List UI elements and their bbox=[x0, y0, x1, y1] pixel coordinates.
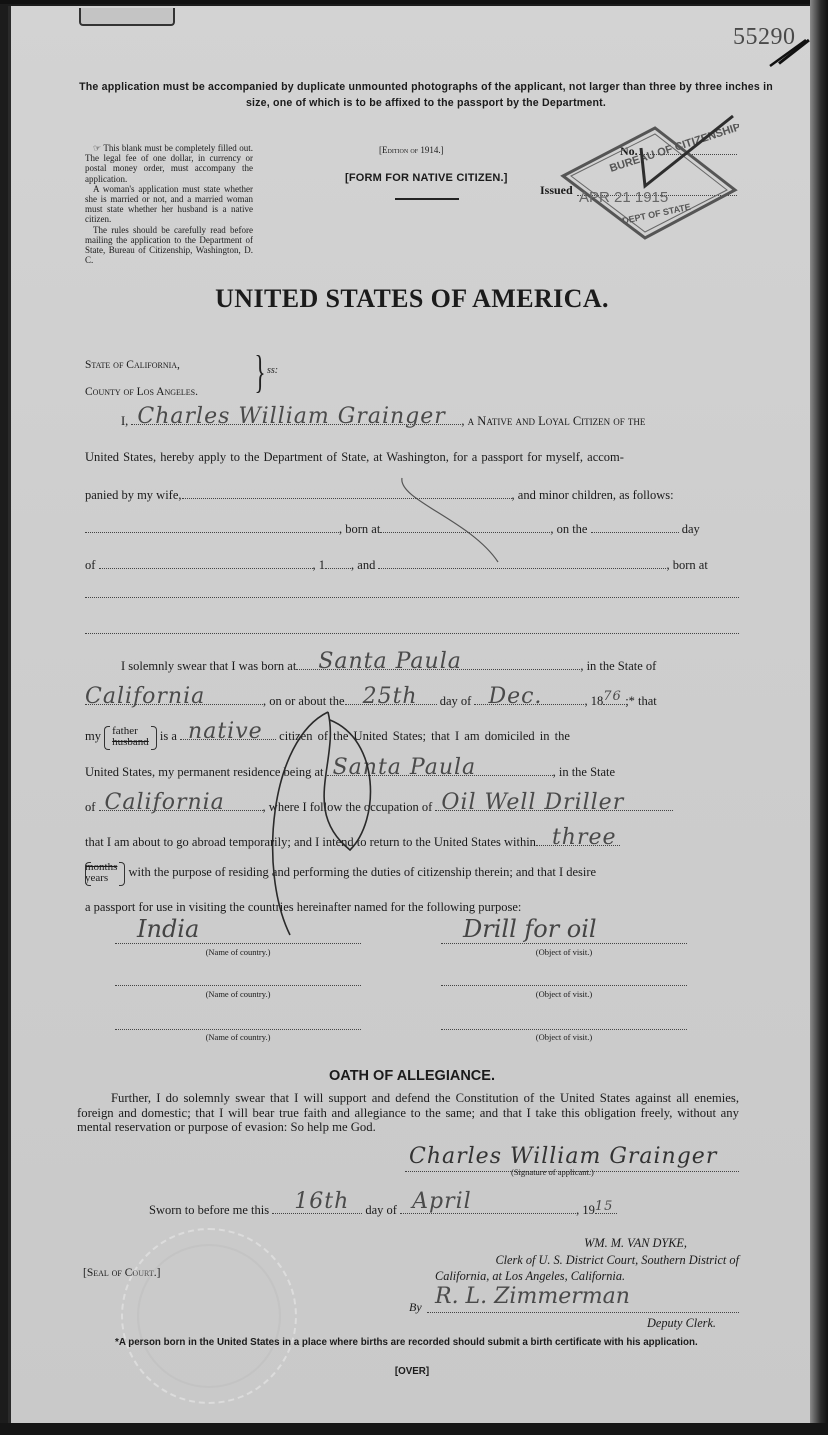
court-seal-emboss-icon bbox=[121, 1228, 297, 1404]
birth-year-value: 76 bbox=[603, 689, 622, 705]
case-number: 55290 bbox=[733, 24, 796, 51]
birthdate-line: California, on or about the25th day of D… bbox=[85, 691, 739, 709]
father-status-field[interactable]: native bbox=[180, 726, 276, 740]
object-field-3[interactable] bbox=[441, 1008, 687, 1030]
sworn-day-value: 16th bbox=[294, 1189, 349, 1214]
day-label: day bbox=[682, 522, 700, 536]
born-at-label-2: , born at bbox=[666, 558, 707, 572]
residence-state-value: California bbox=[105, 795, 225, 811]
residence-label: United States, my permanent residence be… bbox=[85, 765, 323, 779]
children-extra-line-1[interactable] bbox=[85, 588, 739, 598]
clerk-block: WM. M. VAN DYKE, Clerk of U. S. District… bbox=[393, 1235, 739, 1285]
object-caption-2: (Object of visit.) bbox=[441, 989, 687, 999]
form-type-label: [FORM FOR NATIVE CITIZEN.] bbox=[345, 172, 508, 184]
country-caption-1: (Name of country.) bbox=[115, 947, 361, 957]
purpose-label: with the purpose of residing and perform… bbox=[129, 865, 597, 879]
father-status-value: native bbox=[188, 724, 263, 740]
birth-certificate-footnote: *A person born in the United States in a… bbox=[81, 1336, 739, 1350]
residence-line: United States, my permanent residence be… bbox=[85, 762, 739, 780]
birth-state-field[interactable]: California bbox=[85, 691, 263, 705]
object-value-1: Drill for oil bbox=[463, 915, 597, 943]
purpose-line: monthsyears with the purpose of residing… bbox=[85, 862, 739, 884]
born-at-label: I solemnly swear that I was born at bbox=[121, 659, 296, 673]
residence-state-field[interactable]: California bbox=[99, 797, 263, 811]
clerk-location: California, at Los Angeles, California. bbox=[393, 1268, 739, 1285]
day-of-label: day of bbox=[440, 694, 472, 708]
instruction-woman: A woman's application must state whether… bbox=[85, 184, 253, 225]
object-caption-3: (Object of visit.) bbox=[441, 1032, 687, 1042]
sworn-day-field[interactable]: 16th bbox=[272, 1200, 362, 1214]
sworn-label: Sworn to before me this bbox=[149, 1203, 269, 1217]
birth-month-field[interactable]: Dec. bbox=[474, 691, 584, 705]
that-label: ;* that bbox=[625, 694, 657, 708]
husband-option[interactable]: husband bbox=[112, 737, 149, 748]
occupation-line: of California, where I follow the occupa… bbox=[85, 797, 739, 815]
residence-city-field[interactable]: Santa Paula bbox=[327, 762, 553, 776]
scan-top-edge bbox=[0, 0, 828, 4]
year-prefix-label: , 1 bbox=[313, 558, 326, 572]
child-birth-year-field[interactable] bbox=[325, 555, 351, 569]
sworn-month-value: April bbox=[412, 1189, 472, 1214]
venue-county: County of Los Angeles. bbox=[85, 379, 198, 406]
child-birth-day-field[interactable] bbox=[591, 519, 679, 533]
clerk-title: Clerk of U. S. District Court, Southern … bbox=[393, 1252, 739, 1269]
sworn-year-field[interactable]: 15 bbox=[595, 1200, 617, 1214]
oath-text: Further, I do solemnly swear that I will… bbox=[77, 1091, 739, 1135]
months-years-choice[interactable]: monthsyears bbox=[85, 862, 125, 884]
country-caption-3: (Name of country.) bbox=[115, 1032, 361, 1042]
born-at-label: , born at bbox=[339, 522, 380, 536]
venue-state: State of California, bbox=[85, 352, 198, 379]
sworn-line: Sworn to before me this 16th day of Apri… bbox=[149, 1200, 617, 1218]
deputy-signature: R. L. Zimmerman bbox=[435, 1284, 630, 1309]
venue-ss: ss: bbox=[267, 365, 278, 376]
child-name-field-2[interactable] bbox=[378, 555, 666, 569]
oath-body: Further, I do solemnly swear that I will… bbox=[77, 1091, 739, 1134]
wife-name-field[interactable] bbox=[182, 485, 512, 499]
by-label: By bbox=[409, 1300, 422, 1315]
return-line: that I am about to go abroad temporarily… bbox=[85, 832, 739, 850]
venue-block: State of California, County of Los Angel… bbox=[85, 352, 198, 406]
country-field-3[interactable] bbox=[115, 1008, 361, 1030]
paper-tab bbox=[79, 8, 175, 26]
applicant-signature: Charles William Grainger bbox=[409, 1144, 717, 1169]
is-a-label: is a bbox=[160, 729, 177, 743]
on-the-label: , on the bbox=[550, 522, 587, 536]
child-line-1: , born at, on the day bbox=[85, 519, 739, 537]
passport-application-page: 55290 The application must be accompanie… bbox=[8, 6, 810, 1424]
page-title: UNITED STATES OF AMERICA. bbox=[11, 284, 813, 314]
child-birth-month-field[interactable] bbox=[99, 555, 313, 569]
in-state-label: , in the State bbox=[553, 765, 616, 779]
my-label: my bbox=[85, 729, 101, 743]
wife-line: panied by my wife,, and minor children, … bbox=[85, 485, 739, 503]
birth-state-value: California bbox=[85, 689, 205, 705]
occupation-label: , where I follow the occupation of bbox=[263, 800, 433, 814]
year-prefix-label: , 19 bbox=[576, 1203, 595, 1217]
return-within-value: three bbox=[552, 830, 617, 846]
signature-caption: (Signature of applicant.) bbox=[511, 1167, 594, 1177]
photo-notice: The application must be accompanied by d… bbox=[71, 79, 781, 111]
child-birthplace-field[interactable] bbox=[380, 519, 550, 533]
of-label: of bbox=[85, 558, 95, 572]
country-field-2[interactable] bbox=[115, 964, 361, 986]
country-value-1: India bbox=[137, 915, 199, 943]
brace: } bbox=[255, 349, 266, 395]
footnote-text: *A person born in the United States in a… bbox=[115, 1337, 698, 1348]
birth-day-value: 25th bbox=[363, 689, 418, 705]
applicant-line: I, Charles William Grainger, a Native an… bbox=[85, 411, 739, 429]
occupation-value: Oil Well Driller bbox=[441, 795, 624, 811]
native-citizen-label: , a Native and Loyal Citizen of the bbox=[461, 414, 645, 428]
instruction-rules: The rules should be carefully read befor… bbox=[85, 225, 253, 266]
object-field-1[interactable]: Drill for oil bbox=[441, 922, 687, 944]
i-label: I, bbox=[121, 414, 128, 428]
father-line: my fatherhusband is a native citizen of … bbox=[85, 726, 739, 748]
scan-bottom-edge bbox=[0, 1423, 828, 1435]
father-husband-choice[interactable]: fatherhusband bbox=[104, 726, 157, 748]
birthplace-field[interactable]: Santa Paula bbox=[296, 656, 580, 670]
country-caption-2: (Name of country.) bbox=[115, 989, 361, 999]
applicant-name-handwriting: Charles William Grainger bbox=[137, 409, 445, 425]
object-caption-1: (Object of visit.) bbox=[441, 947, 687, 957]
return-within-field[interactable]: three bbox=[536, 832, 620, 846]
instructions-block: ☞ This blank must be completely filled o… bbox=[85, 143, 253, 265]
birth-year-field[interactable]: 76 bbox=[603, 691, 625, 705]
and-label: , and bbox=[351, 558, 375, 572]
birthplace-value: Santa Paula bbox=[318, 654, 462, 670]
child-line-2: of , 1, and , born at bbox=[85, 555, 739, 573]
country-field-1[interactable]: India bbox=[115, 922, 361, 944]
day-of-label: day of bbox=[365, 1203, 397, 1217]
object-field-2[interactable] bbox=[441, 964, 687, 986]
divider bbox=[395, 198, 459, 200]
instruction-fee: ☞ This blank must be completely filled o… bbox=[85, 143, 253, 184]
sworn-month-field[interactable]: April bbox=[400, 1200, 576, 1214]
scan-right-edge bbox=[810, 0, 828, 1435]
on-or-about-label: , on or about the bbox=[263, 694, 345, 708]
oath-title: OATH OF ALLEGIANCE. bbox=[11, 1068, 813, 1084]
birthplace-line: I solemnly swear that I was born atSanta… bbox=[85, 656, 739, 674]
passport-use-line: a passport for use in visiting the count… bbox=[85, 899, 739, 915]
apply-line: United States, hereby apply to the Depar… bbox=[85, 449, 739, 465]
children-extra-line-2[interactable] bbox=[85, 624, 739, 634]
children-label: , and minor children, as follows: bbox=[512, 488, 674, 502]
citizen-label: citizen of the United States; that I am … bbox=[279, 729, 570, 743]
abroad-label: that I am about to go abroad temporarily… bbox=[85, 835, 536, 849]
applicant-name-field[interactable]: Charles William Grainger bbox=[131, 411, 461, 425]
state-of-label: , in the State of bbox=[580, 659, 656, 673]
over-label: [OVER] bbox=[11, 1366, 813, 1377]
deputy-clerk-label: Deputy Clerk. bbox=[647, 1316, 716, 1331]
year-prefix-label: , 18 bbox=[584, 694, 603, 708]
of-label: of bbox=[85, 800, 95, 814]
edition-label: [Edition of 1914.] bbox=[379, 145, 444, 155]
child-name-field[interactable] bbox=[85, 519, 339, 533]
birth-day-field[interactable]: 25th bbox=[345, 691, 437, 705]
occupation-field[interactable]: Oil Well Driller bbox=[435, 797, 673, 811]
sworn-year-value: 15 bbox=[595, 1199, 614, 1214]
clerk-name: WM. M. VAN DYKE, bbox=[393, 1235, 739, 1252]
residence-city-value: Santa Paula bbox=[333, 760, 477, 776]
approval-check-icon bbox=[633, 114, 743, 204]
years-option[interactable]: years bbox=[85, 873, 117, 884]
birth-month-value: Dec. bbox=[488, 689, 542, 705]
wife-label: panied by my wife, bbox=[85, 488, 182, 502]
